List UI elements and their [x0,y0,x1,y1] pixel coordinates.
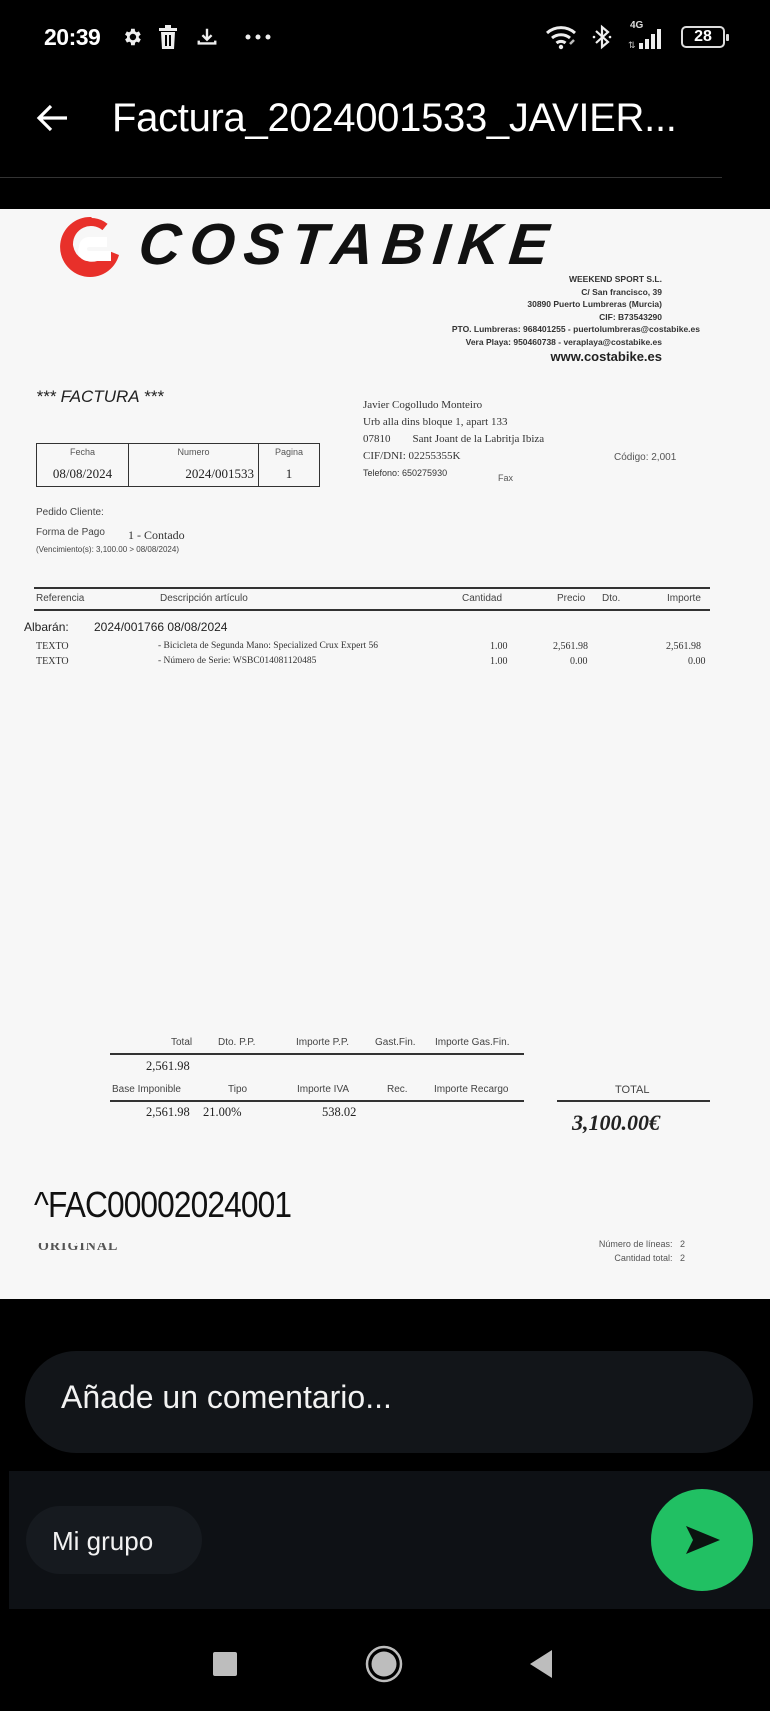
recents-square-icon [212,1651,238,1677]
invoice-title: *** FACTURA *** [36,387,164,407]
invoice-header-table: Fecha 08/08/2024 Numero 2024/001533 Pagi… [36,443,320,487]
home-circle-icon [364,1644,404,1684]
tot-hdr-importe-gas-fin: Importe Gas.Fin. [435,1037,509,1048]
battery-icon: 28 [681,26,725,48]
col-cantidad: Cantidad [462,593,502,604]
send-button[interactable] [651,1489,753,1591]
tipo-value: 21.00% [203,1105,242,1120]
document-summary: Número de líneas: 2 Cantidad total: 2 [599,1237,685,1265]
barcode-text: ^FAC00002024001 [34,1184,291,1226]
numero-lineas-value: 2 [680,1239,685,1249]
numero-value: 2024/001533 [129,466,254,482]
client-code: Código: 2,001 [614,452,676,463]
numero-lineas-label: Número de líneas: [599,1239,673,1249]
forma-pago-value: 1 - Contado [128,528,185,543]
table-top-rule [34,587,710,589]
download-icon [196,24,218,50]
gear-icon [121,24,143,50]
arrow-left-icon [35,103,69,133]
col-precio: Precio [557,593,585,604]
tot-hdr-total: Total [171,1037,192,1048]
numero-label: Numero [129,447,258,457]
company-store2: Vera Playa: 950460738 - veraplaya@costab… [370,336,700,349]
importe-iva-value: 538.02 [322,1105,356,1120]
trash-icon [158,24,178,50]
client-city-line: 07810Sant Joant de la Labritja Ibiza [363,431,544,448]
pagina-label: Pagina [259,447,319,457]
row-precio: 0.00 [570,656,588,667]
row-importe: 2,561.98 [666,641,701,652]
tot-hdr-tipo: Tipo [228,1084,247,1095]
comment-input[interactable]: Añade un comentario... [25,1351,753,1453]
comment-placeholder: Añade un comentario... [61,1379,392,1416]
tot-hdr-base: Base Imponible [112,1084,181,1095]
vencimiento: (Vencimiento(s): 3,100.00 > 08/08/2024) [36,545,179,554]
client-phone: Telefono: 650275930 [363,465,544,482]
clock: 20:39 [44,24,100,51]
recipient-name: Mi grupo [52,1526,153,1557]
client-cif: CIF/DNI: 02255355K [363,448,544,465]
row-precio: 2,561.98 [553,641,588,652]
numero-cell: Numero 2024/001533 [129,444,259,486]
totals-rule-2 [110,1100,524,1102]
recipient-chip[interactable]: Mi grupo [26,1506,202,1574]
signal-icon: ⇅ [628,24,668,50]
company-name: WEEKEND SPORT S.L. [370,273,700,286]
forma-pago-label: Forma de Pago [36,527,105,538]
company-website: www.costabike.es [370,348,700,366]
fax-label: Fax [498,473,513,483]
costabike-logo-icon [55,211,127,277]
client-address: Urb alla dins bloque 1, apart 133 [363,414,544,431]
copy-label: ORIGINAL [38,1243,118,1253]
tot-hdr-rec: Rec. [387,1084,408,1095]
back-button[interactable] [30,96,74,140]
company-cif: CIF: B73543290 [370,311,700,324]
back-nav-button[interactable] [516,1639,566,1689]
back-triangle-icon [528,1649,554,1679]
row-referencia: TEXTO [36,656,69,667]
document-title: Factura_2024001533_JAVIER... [112,96,677,141]
totals-rule-1 [110,1053,524,1055]
client-postal-code: 07810 [363,433,391,445]
fecha-label: Fecha [37,447,128,457]
company-city: 30890 Puerto Lumbreras (Murcia) [370,298,700,311]
tot-hdr-dto-pp: Dto. P.P. [218,1037,255,1048]
brand-logo: COSTABIKE [55,209,557,279]
row-cantidad: 1.00 [490,656,508,667]
fecha-value: 08/08/2024 [37,466,128,482]
divider [0,177,722,178]
row-importe: 0.00 [688,656,706,667]
table-header-rule [34,609,710,611]
app-bar: Factura_2024001533_JAVIER... [0,76,770,176]
home-button[interactable] [359,1639,409,1689]
bluetooth-icon [592,24,612,50]
system-nav-bar [0,1611,770,1711]
row-referencia: TEXTO [36,641,69,652]
client-info: Javier Cogolludo Monteiro Urb alla dins … [363,397,544,482]
albaran-label: Albarán: [24,620,69,634]
col-importe: Importe [667,593,701,604]
base-imponible-value: 2,561.98 [146,1105,190,1120]
send-icon [682,1523,722,1557]
company-store1: PTO. Lumbreras: 968401255 - puertolumbre… [370,323,700,336]
tot-hdr-gast-fin: Gast.Fin. [375,1037,416,1048]
col-dto: Dto. [602,593,620,604]
fecha-cell: Fecha 08/08/2024 [37,444,129,486]
row-descripcion: - Número de Serie: WSBC014081120485 [158,656,316,666]
grand-total-rule [557,1100,710,1102]
total-label: TOTAL [615,1084,649,1096]
grand-total: 3,100.00€ [572,1110,660,1136]
client-name: Javier Cogolludo Monteiro [363,397,544,414]
send-panel: Mi grupo [9,1471,770,1609]
tot-hdr-importe-pp: Importe P.P. [296,1037,349,1048]
pagina-cell: Pagina 1 [259,444,319,486]
row-descripcion: - Bicicleta de Segunda Mano: Specialized… [158,641,378,651]
cantidad-total-label: Cantidad total: [614,1253,672,1263]
svg-text:⇅: ⇅ [628,40,636,50]
more-dots-icon [244,24,272,50]
tot-hdr-importe-recargo: Importe Recargo [434,1084,508,1095]
pedido-cliente-label: Pedido Cliente: [36,507,104,518]
tot-hdr-importe-iva: Importe IVA [297,1084,349,1095]
wifi-icon [545,24,579,50]
document-preview[interactable]: COSTABIKE WEEKEND SPORT S.L. C/ San fran… [0,209,770,1299]
col-referencia: Referencia [36,593,84,604]
albaran-value: 2024/001766 08/08/2024 [94,620,227,634]
pagina-value: 1 [259,466,319,482]
cantidad-total-value: 2 [680,1253,685,1263]
client-city: Sant Joant de la Labritja Ibiza [413,433,545,445]
company-info: WEEKEND SPORT S.L. C/ San francisco, 39 … [370,273,700,366]
col-descripcion: Descripción artículo [160,593,248,604]
company-street: C/ San francisco, 39 [370,286,700,299]
status-bar: 20:39 4G ⇅ 28 [0,0,770,76]
brand-name: COSTABIKE [135,211,560,278]
row-cantidad: 1.00 [490,641,508,652]
recents-button[interactable] [200,1639,250,1689]
total-value: 2,561.98 [146,1059,190,1074]
